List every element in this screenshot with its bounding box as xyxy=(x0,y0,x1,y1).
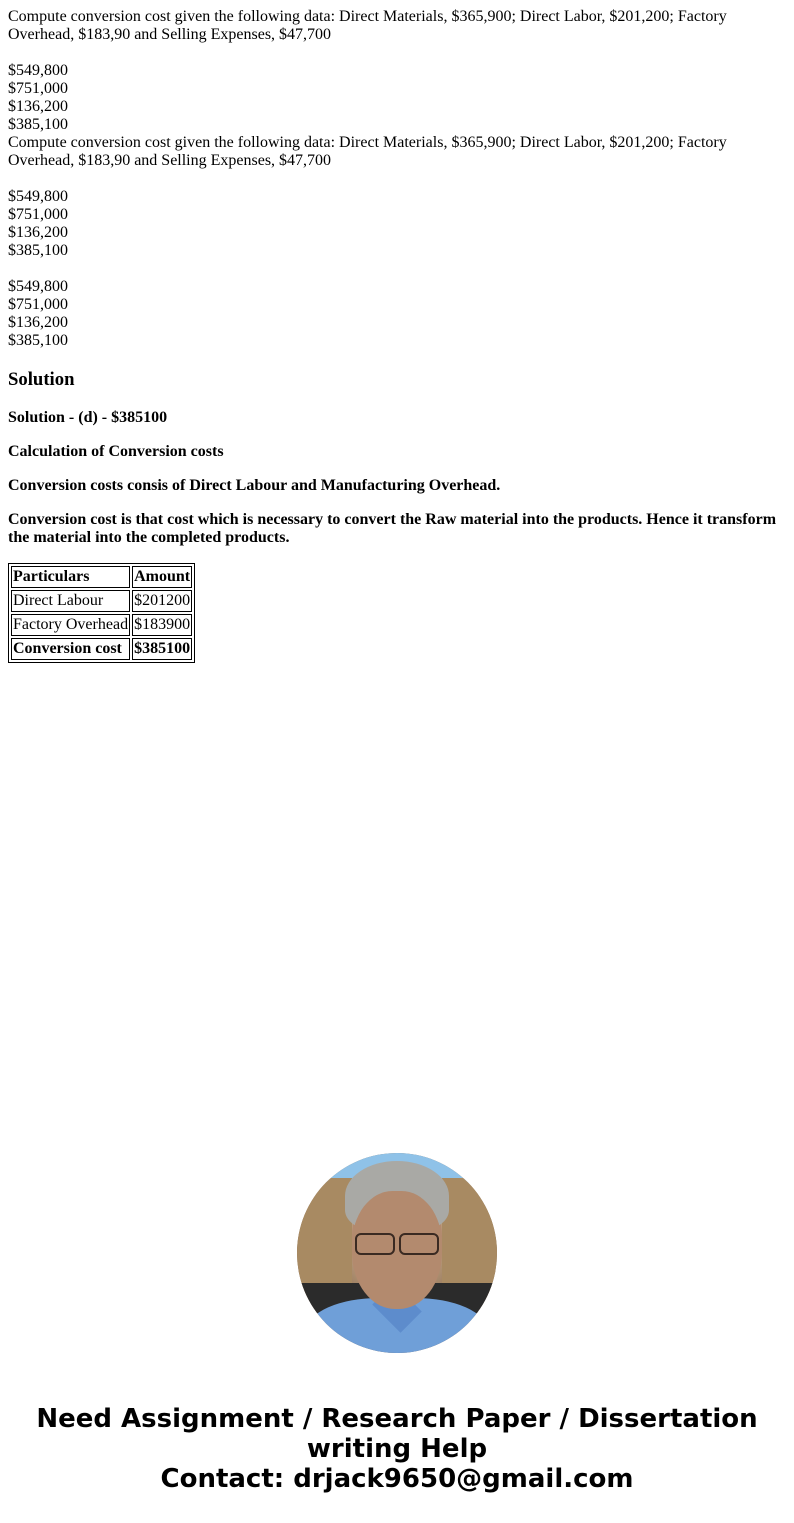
option-b: $751,000 xyxy=(8,80,786,98)
option-c: $136,200 xyxy=(8,98,786,116)
promo-banner: Need Assignment / Research Paper / Disse… xyxy=(0,1404,794,1494)
table-total-row: Conversion cost $385100 xyxy=(11,638,192,660)
option-a: $549,800 xyxy=(8,188,786,206)
cell-total-amount: $385100 xyxy=(132,638,192,660)
promo-line-1: Need Assignment / Research Paper / Disse… xyxy=(0,1404,794,1434)
cell-amount: $183900 xyxy=(132,614,192,636)
author-photo-icon xyxy=(297,1153,497,1353)
option-d: $385,100 xyxy=(8,116,786,134)
option-c: $136,200 xyxy=(8,314,786,332)
question-block: Compute conversion cost given the follow… xyxy=(8,8,786,350)
table-row: Direct Labour $201200 xyxy=(11,590,192,612)
question-text-repeat: Compute conversion cost given the follow… xyxy=(8,134,786,170)
options-list: $549,800 $751,000 $136,200 $385,100 xyxy=(8,62,786,134)
calculation-title: Calculation of Conversion costs xyxy=(8,443,786,461)
question-text: Compute conversion cost given the follow… xyxy=(8,8,786,44)
option-d: $385,100 xyxy=(8,242,786,260)
option-b: $751,000 xyxy=(8,206,786,224)
definition-text: Conversion costs consis of Direct Labour… xyxy=(8,477,786,495)
explanation-text: Conversion cost is that cost which is ne… xyxy=(8,511,786,547)
solution-heading: Solution xyxy=(8,369,74,391)
promo-contact[interactable]: Contact: drjack9650@gmail.com xyxy=(0,1464,794,1494)
option-d: $385,100 xyxy=(8,332,786,350)
glasses-icon xyxy=(355,1233,439,1253)
table-row: Factory Overhead $183900 xyxy=(11,614,192,636)
option-c: $136,200 xyxy=(8,224,786,242)
cell-particular: Direct Labour xyxy=(11,590,130,612)
options-list-repeat-2: $549,800 $751,000 $136,200 $385,100 xyxy=(8,278,786,350)
conversion-cost-table: Particulars Amount Direct Labour $201200… xyxy=(8,563,195,663)
promo-line-2: writing Help xyxy=(0,1434,794,1464)
cell-amount: $201200 xyxy=(132,590,192,612)
option-b: $751,000 xyxy=(8,296,786,314)
table-header-row: Particulars Amount xyxy=(11,566,192,588)
options-list-repeat: $549,800 $751,000 $136,200 $385,100 xyxy=(8,188,786,260)
option-a: $549,800 xyxy=(8,62,786,80)
option-a: $549,800 xyxy=(8,278,786,296)
header-particulars: Particulars xyxy=(11,566,130,588)
solution-answer: Solution - (d) - $385100 xyxy=(8,409,786,427)
header-amount: Amount xyxy=(132,566,192,588)
cell-particular: Factory Overhead xyxy=(11,614,130,636)
cell-total-label: Conversion cost xyxy=(11,638,130,660)
